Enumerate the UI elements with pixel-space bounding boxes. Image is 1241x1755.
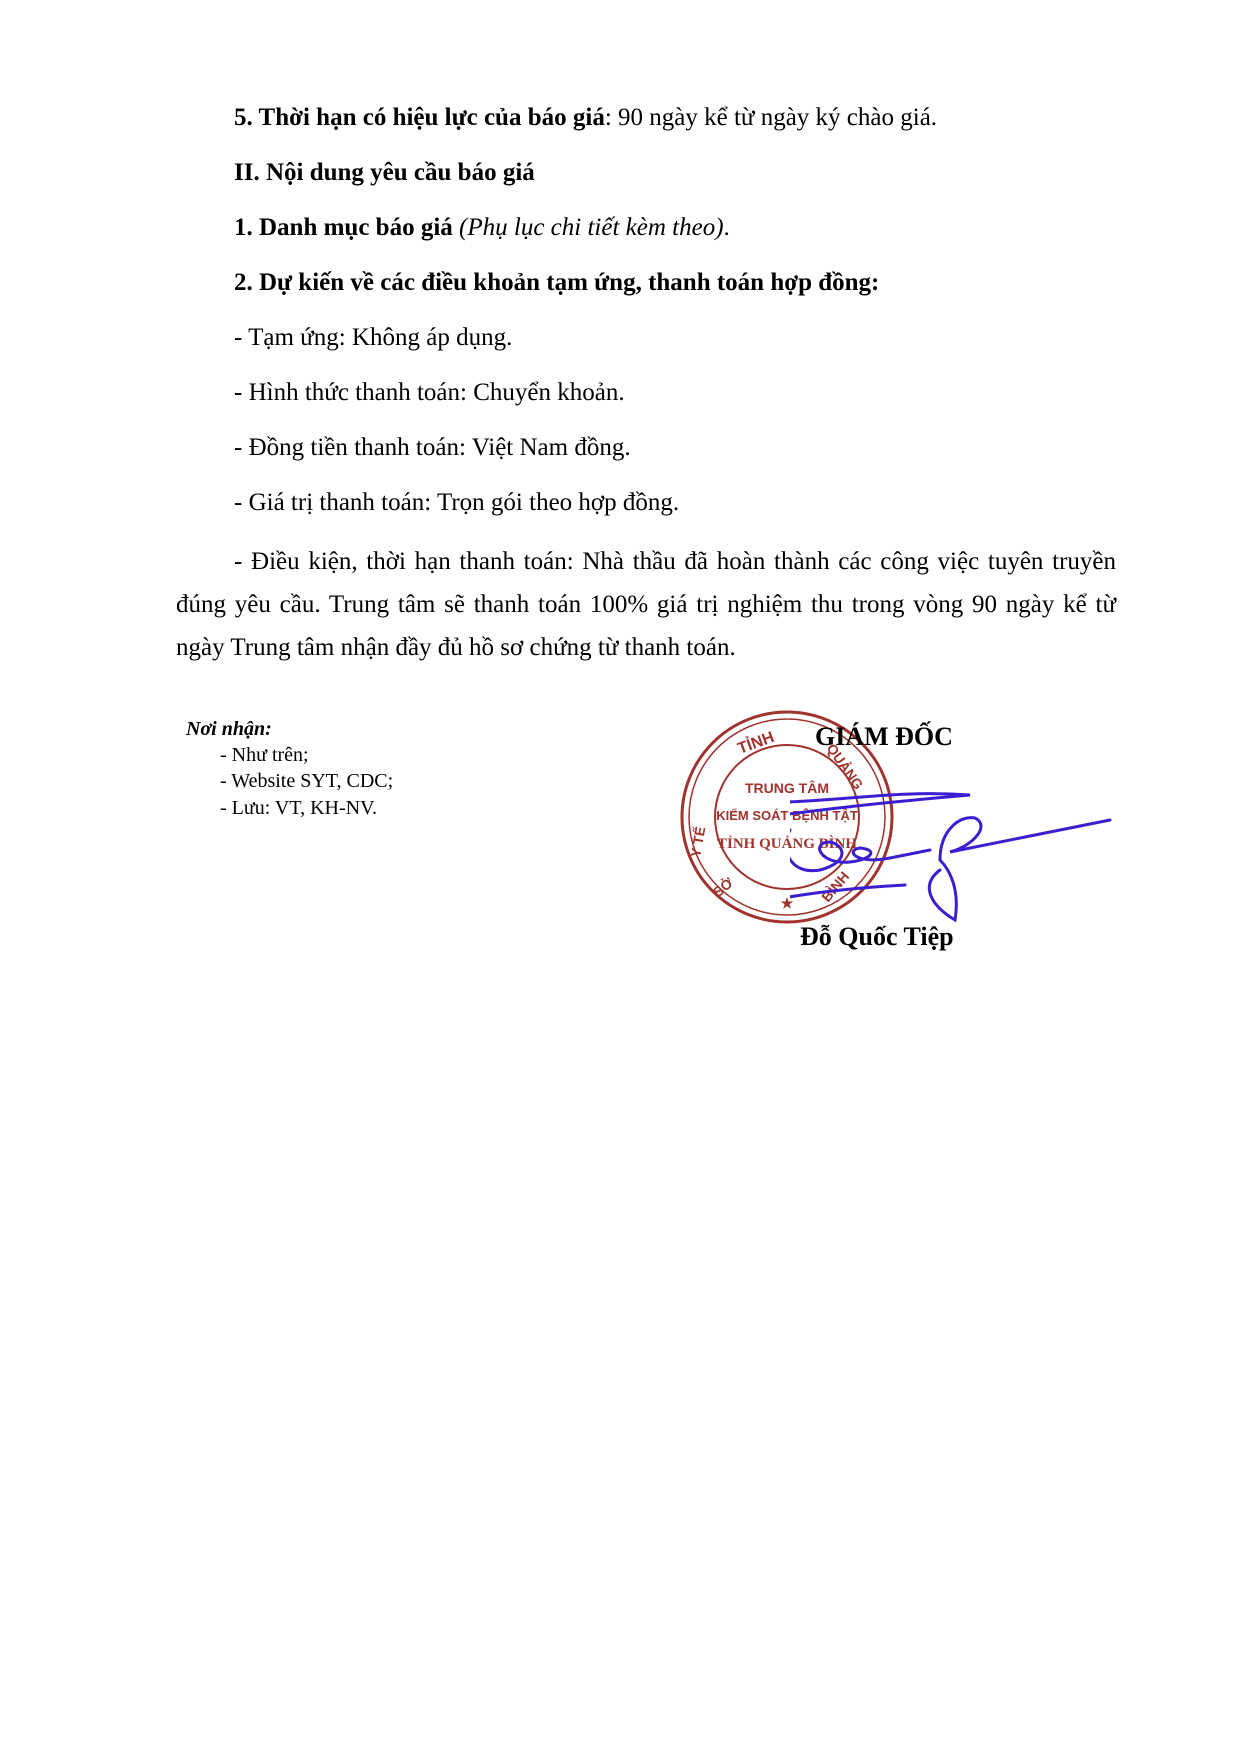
bullet-currency: - Đồng tiền thanh toán: Việt Nam đồng. xyxy=(234,434,631,462)
recipients-title: Nơi nhận: xyxy=(186,718,272,741)
signature-icon xyxy=(790,770,1130,930)
validity-clause: 5. Thời hạn có hiệu lực của báo giá: 90 … xyxy=(234,104,937,132)
item-1: 1. Danh mục báo giá (Phụ lục chi tiết kè… xyxy=(234,214,730,242)
signer-name: Đỗ Quốc Tiệp xyxy=(800,922,954,952)
validity-value: : 90 ngày kể từ ngày ký chào giá. xyxy=(605,104,937,131)
bullet-value: - Giá trị thanh toán: Trọn gói theo hợp … xyxy=(234,489,679,517)
section-title: II. Nội dung yêu cầu báo giá xyxy=(234,159,535,187)
svg-text:SỞ: SỞ xyxy=(709,874,736,901)
recipient-item: - Như trên; xyxy=(220,744,309,767)
validity-label: 5. Thời hạn có hiệu lực của báo giá xyxy=(234,104,605,131)
item-1-end: . xyxy=(724,214,730,241)
recipient-item: - Website SYT, CDC; xyxy=(220,770,393,793)
recipient-item: - Lưu: VT, KH-NV. xyxy=(220,797,377,820)
item-2-title: 2. Dự kiến về các điều khoản tạm ứng, th… xyxy=(234,269,879,297)
item-1-label: 1. Danh mục báo giá xyxy=(234,214,453,241)
bullet-payment-method: - Hình thức thanh toán: Chuyển khoản. xyxy=(234,379,625,407)
item-1-note: (Phụ lục chi tiết kèm theo) xyxy=(453,214,724,241)
bullet-advance: - Tạm ứng: Không áp dụng. xyxy=(234,324,512,352)
payment-conditions: - Điều kiện, thời hạn thanh toán: Nhà th… xyxy=(176,540,1116,669)
signer-position: GIÁM ĐỐC xyxy=(815,722,953,752)
